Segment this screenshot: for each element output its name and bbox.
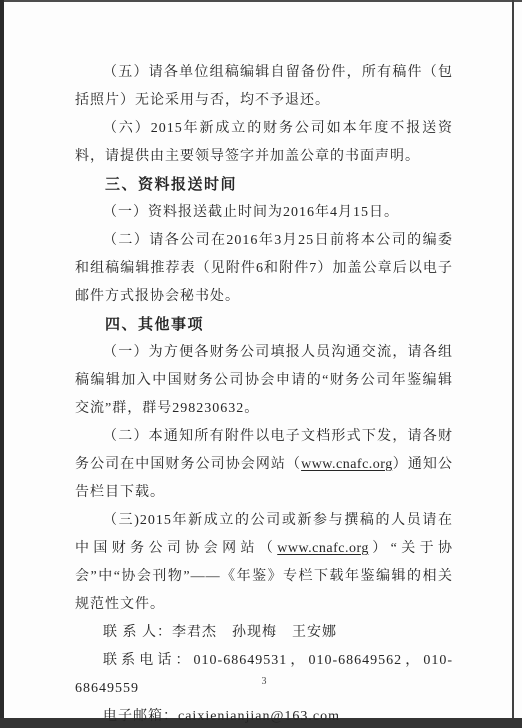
- cnafc-website-url-2: www.cnafc.org: [277, 541, 369, 556]
- scan-edge-top: [0, 0, 522, 2]
- section-4-heading: 四、其他事项: [75, 311, 453, 339]
- section-3-heading: 三、资料报送时间: [75, 171, 453, 199]
- para-item-6: （六）2015年新成立的财务公司如本年度不报送资料，请提供由主要领导签字并加盖公…: [75, 115, 453, 171]
- document-body: （五）请各单位组稿编辑自留备份件，所有稿件（包括照片）无论采用与否，均不予退还。…: [75, 59, 453, 728]
- page-number: 3: [75, 676, 453, 687]
- scanned-document-page: （五）请各单位组稿编辑自留备份件，所有稿件（包括照片）无论采用与否，均不予退还。…: [0, 0, 522, 728]
- scan-edge-right: [512, 0, 514, 728]
- contact-email-line: 电子邮箱：caixienianjian@163.com: [75, 703, 453, 728]
- scan-edge-left: [0, 0, 4, 728]
- section-4-item-2: （二）本通知所有附件以电子文档形式下发，请各财务公司在中国财务公司协会网站（ww…: [75, 423, 453, 507]
- section-4-item-1: （一）为方便各财务公司填报人员沟通交流，请各组稿编辑加入中国财务公司协会申请的“…: [75, 339, 453, 423]
- section-3-item-2: （二）请各公司在2016年3月25日前将本公司的编委和组稿编辑推荐表（见附件6和…: [75, 227, 453, 311]
- section-3-item-1: （一）资料报送截止时间为2016年4月15日。: [75, 199, 453, 227]
- para-item-5: （五）请各单位组稿编辑自留备份件，所有稿件（包括照片）无论采用与否，均不予退还。: [75, 59, 453, 115]
- cnafc-website-url-1: www.cnafc.org: [301, 457, 393, 472]
- contact-person-line: 联 系 人：李君杰 孙现梅 王安娜: [75, 619, 453, 647]
- section-4-item-3: （三)2015年新成立的公司或新参与撰稿的人员请在中国财务公司协会网站（www.…: [75, 507, 453, 619]
- contact-phone-line: 联系电话：010-68649531，010-68649562，010-68649…: [75, 647, 453, 703]
